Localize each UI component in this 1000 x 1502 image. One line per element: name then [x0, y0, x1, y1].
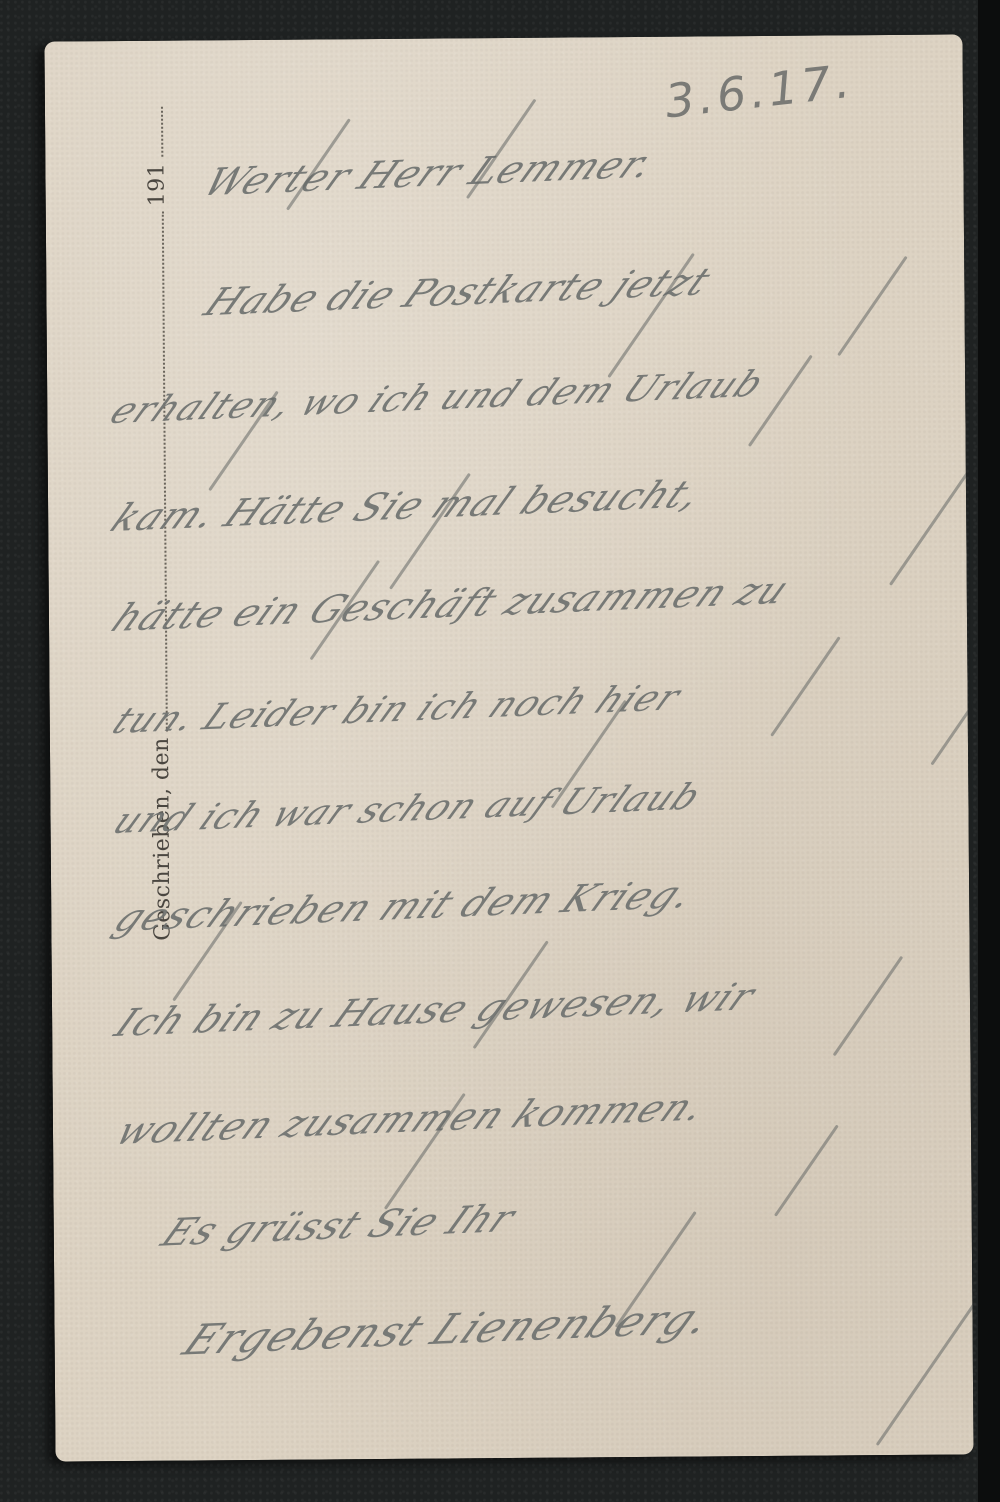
- pen-stroke: [770, 636, 841, 737]
- letter-line: kam. Hätte Sie mal besucht,: [103, 471, 711, 540]
- signature: Ergebenst Lienenberg.: [175, 1294, 722, 1365]
- dotted-rule: [162, 212, 168, 731]
- pen-stroke: [930, 673, 973, 765]
- pen-stroke: [876, 1288, 974, 1446]
- letter-line-closing: Es grüsst Sie Ihr: [154, 1196, 524, 1255]
- letter-line: Ich bin zu Hause gewesen, wir: [107, 974, 764, 1045]
- letter-line: tun. Leider bin ich noch hier: [105, 677, 688, 742]
- scanner-edge: [978, 0, 1000, 1502]
- dotted-rule-short: [161, 107, 163, 157]
- letter-line: geschrieben mit dem Krieg.: [106, 872, 703, 940]
- pen-stroke: [837, 256, 908, 357]
- letter-line: Werter Herr Lemmer.: [196, 142, 664, 205]
- pen-stroke: [833, 956, 904, 1057]
- letter-line: Habe die Postkarte jetzt: [197, 259, 720, 324]
- pen-stroke: [889, 469, 971, 586]
- pen-stroke: [774, 1124, 839, 1216]
- postcard: Geschrieben, den 191 3.6.17. Werter Herr…: [44, 34, 973, 1461]
- printed-year-prefix: 191: [144, 163, 169, 207]
- letter-line: und ich war schon auf Urlaub: [106, 777, 709, 843]
- handwritten-date: 3.6.17.: [662, 54, 856, 129]
- letter-line: hätte ein Geschäft zusammen zu: [104, 568, 798, 640]
- letter-line: wollten zusammen kommen.: [108, 1084, 715, 1153]
- letter-line: erhalten, wo ich und dem Urlaub: [103, 364, 772, 432]
